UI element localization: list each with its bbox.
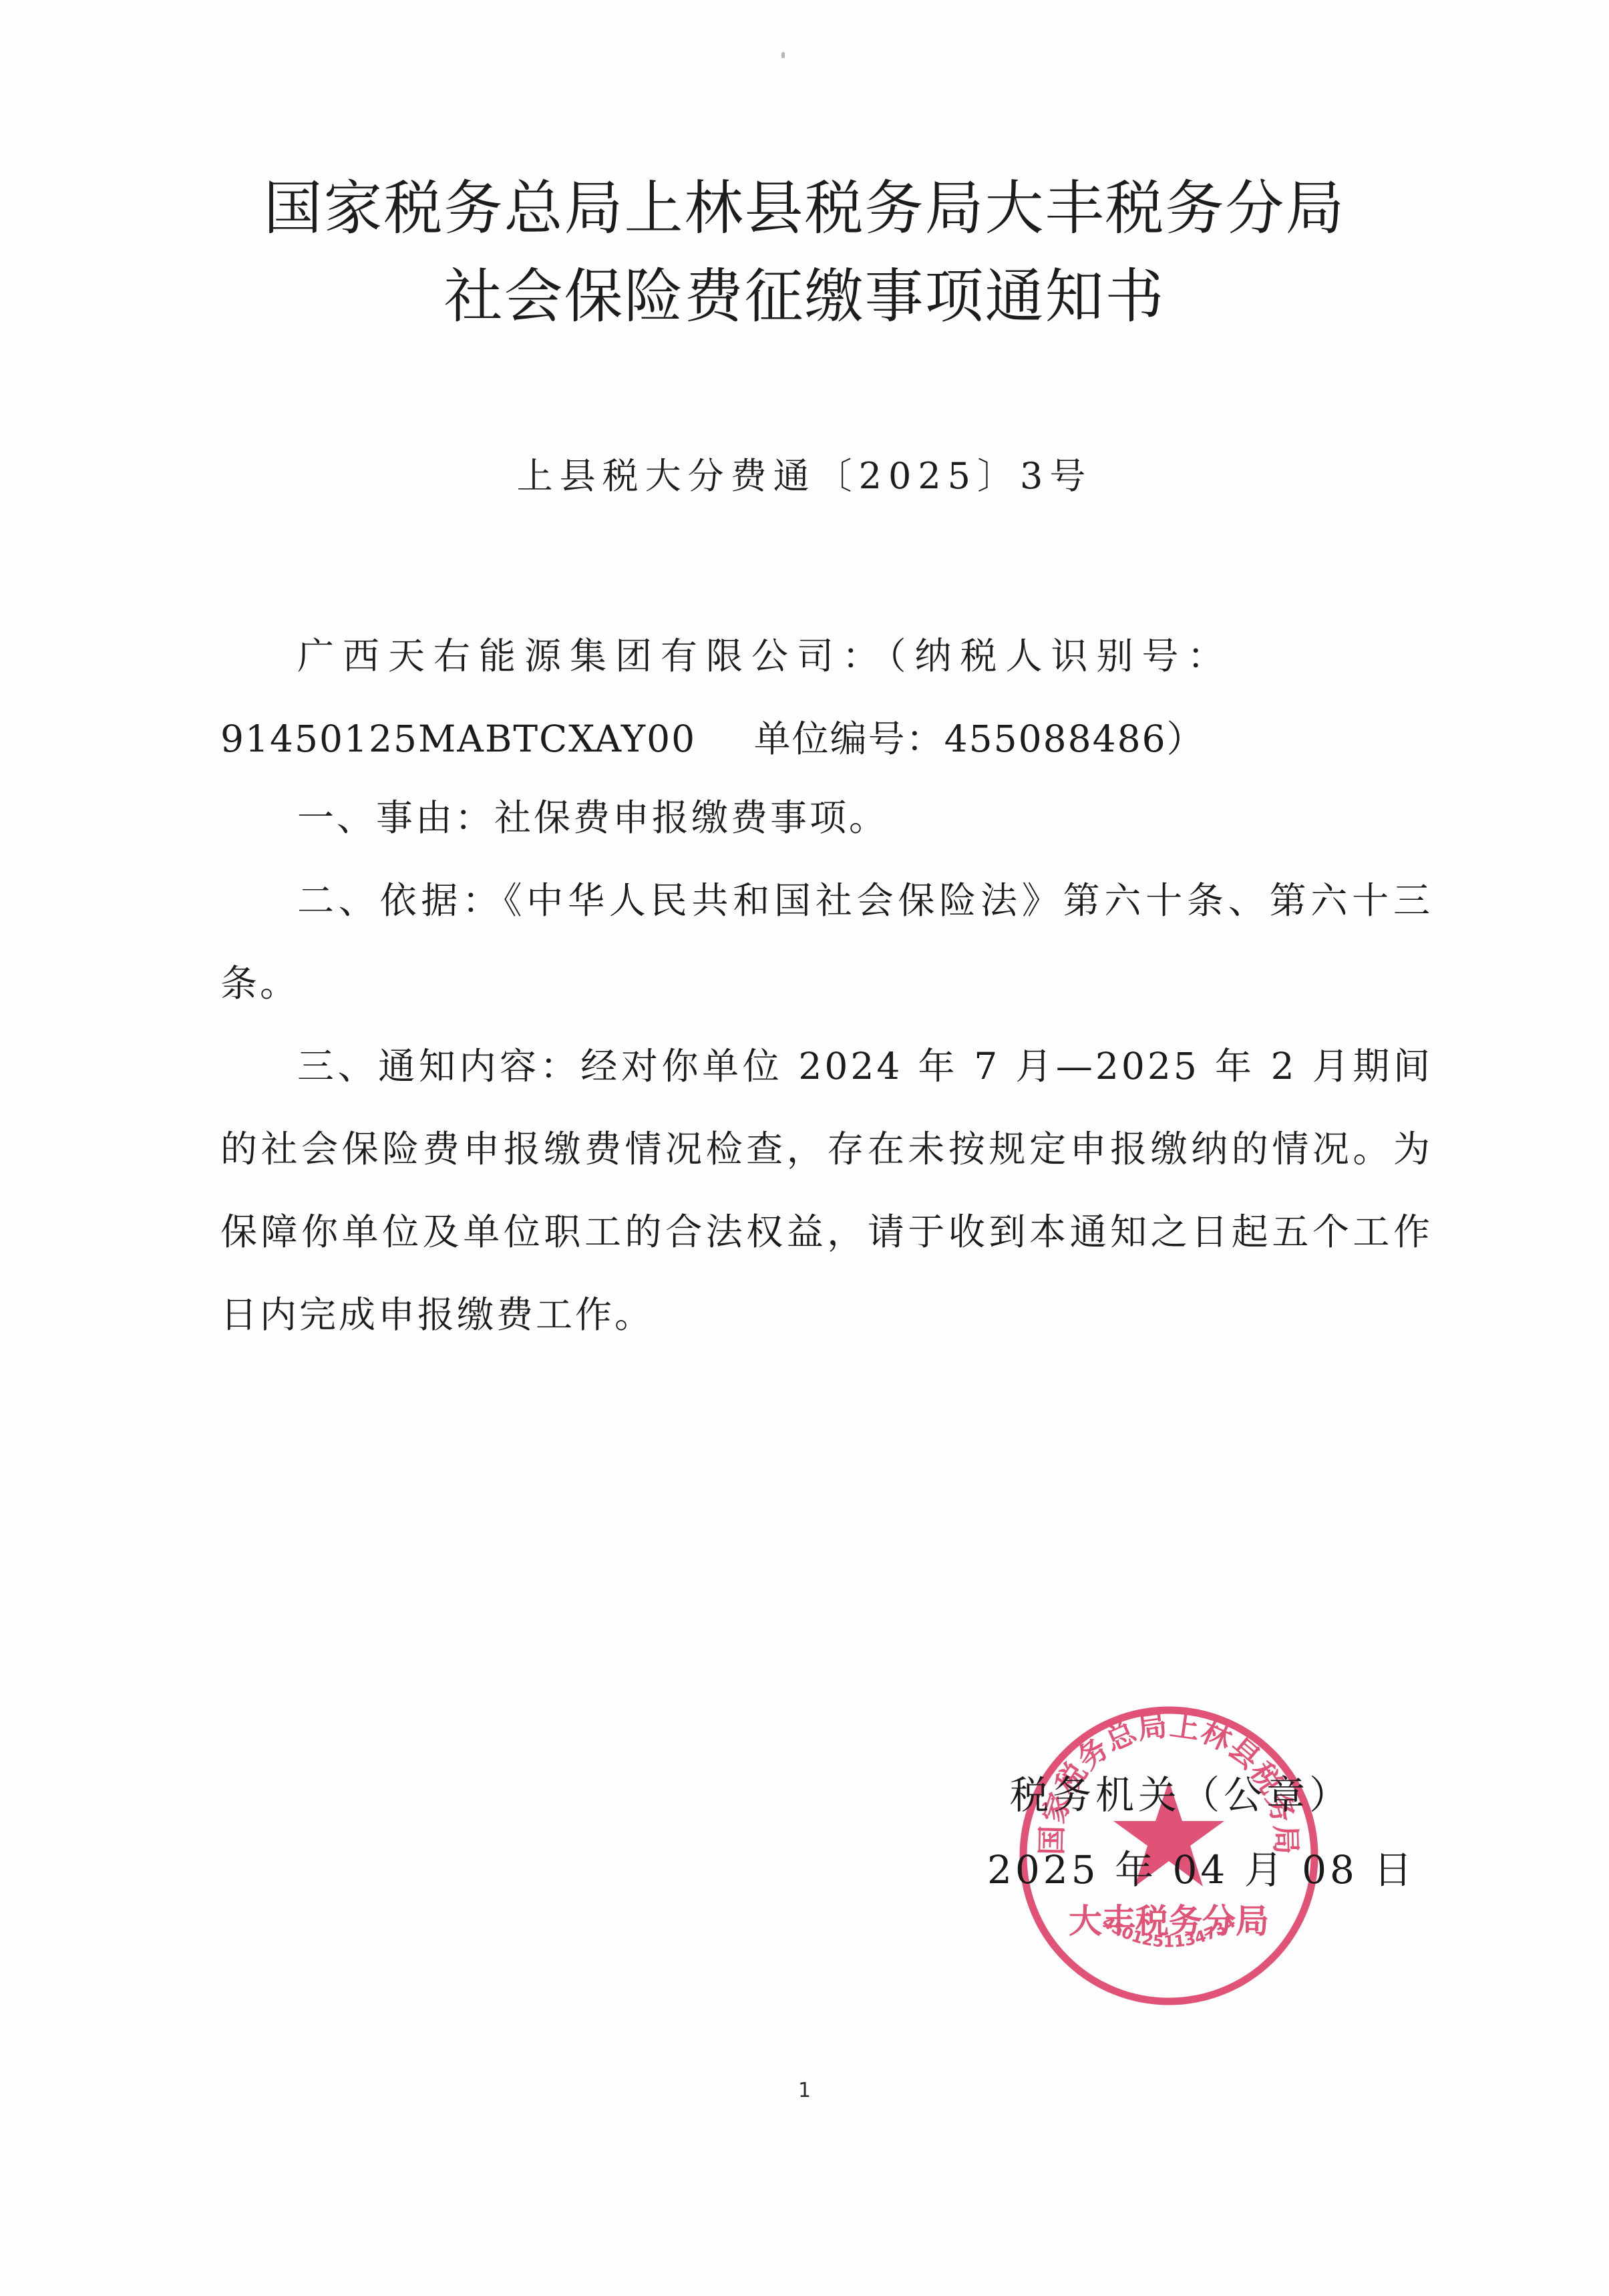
item-content-label: 三、通知内容： [297,1045,580,1088]
addressee-ids: 91450125MABTCXAY00 单位编号：455088486） [220,697,1433,780]
signature-date: 2025 年 04 月 08 日 [987,1838,1415,1895]
item-content-text: 经对你单位 2024 年 7 月—2025 年 2 月期间的社会保险费申报缴费情… [220,1045,1433,1336]
item-content: 三、通知内容：经对你单位 2024 年 7 月—2025 年 2 月期间的社会保… [220,1025,1433,1356]
addressee-paragraph: 广西天右能源集团有限公司：（纳税人识别号： 91450125MABTCXAY00… [220,615,1433,780]
taxpayer-id: 91450125MABTCXAY00 [220,717,696,760]
unit-number-label: 单位编号： [754,717,944,760]
addressee-block: 广西天右能源集团有限公司：（纳税人识别号： 91450125MABTCXAY00… [220,615,1433,780]
item-basis-label: 二、依据： [297,879,504,922]
unit-number: 455088486 [944,717,1167,760]
document-title-line1: 国家税务总局上林县税务局大丰税务分局 [0,179,1609,238]
document-number: 上县税大分费通〔2025〕3号 [0,448,1609,499]
addressee-company: 广西天右能源集团有限公司：（纳税人识别号： [297,635,1233,677]
item-reason-text: 社保费申报缴费事项。 [494,796,888,839]
scan-artifact [781,52,785,58]
item-reason: 一、事由：社保费申报缴费事项。 [220,776,1433,859]
signature-label: 税务机关（公章） [1010,1764,1352,1820]
document-page: 国家税务总局上林县税务局大丰税务分局 社会保险费征缴事项通知书 上县税大分费通〔… [0,0,1609,2296]
item-reason-label: 一、事由： [297,796,494,839]
document-title-line2: 社会保险费征缴事项通知书 [0,267,1609,326]
closing-paren: ） [1167,717,1205,760]
item-basis: 二、依据：《中华人民共和国社会保险法》第六十条、第六十三条。 [220,859,1433,1025]
notice-items: 一、事由：社保费申报缴费事项。 二、依据：《中华人民共和国社会保险法》第六十条、… [220,776,1433,1356]
page-number: 1 [0,2079,1609,2102]
